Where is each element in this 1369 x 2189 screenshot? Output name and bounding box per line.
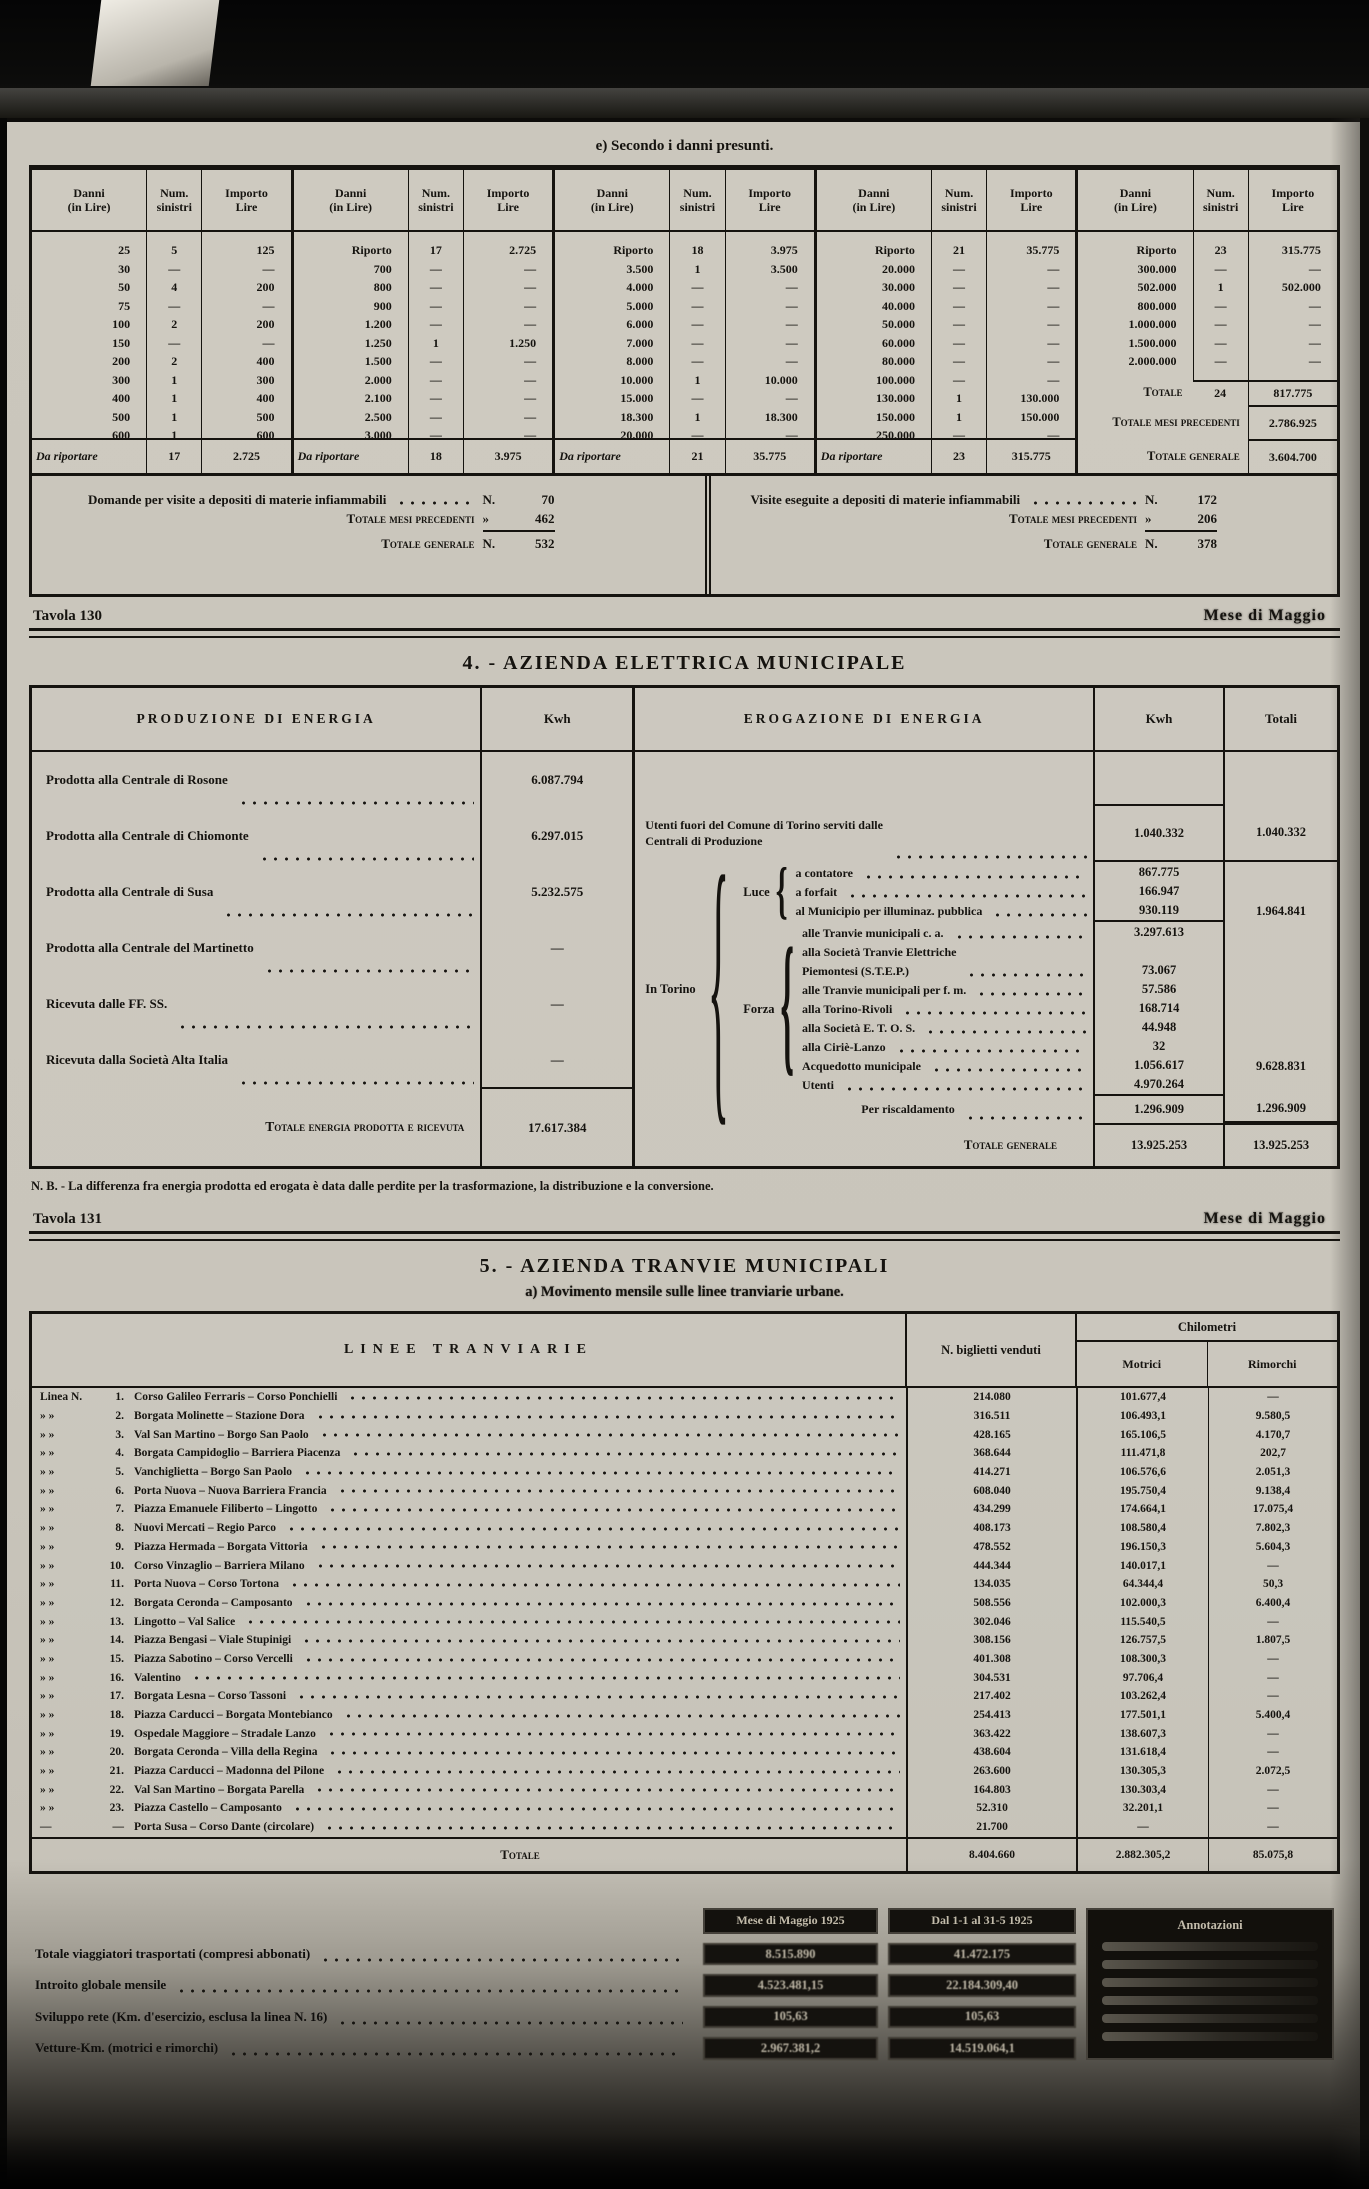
forza-items: alle Tranvie municipali c. a.alla Societ… (802, 924, 1093, 1095)
bottom-fade (0, 2133, 1369, 2189)
cell: — (726, 389, 798, 408)
tavola-number: Tavola 131 (33, 1211, 102, 1228)
dotted-leader (300, 1468, 900, 1477)
col-header-importo: Importo Lire (1248, 170, 1337, 232)
line-prefix: » » (32, 1597, 98, 1609)
cell: 1 (670, 260, 724, 279)
km-rimorchi-value: 2.051,3 (1208, 1463, 1337, 1482)
dotted-leader (257, 854, 475, 863)
sum-rule (1145, 530, 1217, 532)
scanned-document-page: e) Secondo i danni presunti. Danni (in L… (0, 0, 1369, 2189)
unit: N. (483, 492, 509, 508)
cell: — (726, 352, 798, 371)
line-name: Piazza Sabotino – Corso Vercelli (134, 1653, 293, 1665)
in-torino-group: In Torino { Luce { a contatorea forfaita… (635, 862, 1337, 1123)
km-rimorchi-value: — (1208, 1799, 1337, 1818)
cell: 300 (32, 371, 130, 390)
line-prefix: » » (32, 1616, 98, 1628)
cell: — (932, 352, 986, 371)
cell: — (1194, 352, 1248, 371)
cell: — (932, 315, 986, 334)
importo-values: 125—200—200—400300400500600 (201, 232, 290, 438)
biglietti-value: 368.644 (906, 1444, 1076, 1463)
dotted-leader (963, 1113, 1087, 1122)
tram-line-row: » » 20. Borgata Ceronda – Villa della Re… (32, 1743, 1337, 1762)
cell: 168.714 (1139, 999, 1180, 1018)
cell: 8.000 (555, 352, 653, 371)
cell: 1.500.000 (1078, 334, 1176, 353)
line-name: Porta Susa – Corso Dante (circolare) (134, 1821, 314, 1833)
cell: 1 (932, 408, 986, 427)
line-name: Corso Vinzaglio – Barriera Milano (134, 1560, 305, 1572)
cell: 4.970.264 (1134, 1075, 1184, 1094)
cell: — (409, 426, 463, 438)
tram-line-row: » » 10. Corso Vinzaglio – Barriera Milan… (32, 1556, 1337, 1575)
linee-header: LINEE TRANVIARIE (32, 1314, 905, 1386)
col-header-num: Num. sinistri (931, 170, 986, 232)
footer-label: Da riportare (32, 438, 146, 473)
cell: 800 (294, 278, 392, 297)
cell: — (1194, 334, 1248, 353)
line-item: alla Torino-Rivoli (802, 1000, 1093, 1019)
cell: 3.000 (294, 426, 392, 438)
row-label: Ricevuta dalla Società Alta Italia (32, 1052, 228, 1068)
cell: — (409, 297, 463, 316)
summary-row-label: Vetture-Km. (motrici e rimorchi) (35, 2037, 693, 2059)
row-value: 6.087.794 (480, 752, 632, 808)
line-item: alla Ciriè-Lanzo (802, 1038, 1093, 1057)
totale-value: 17.617.384 (480, 1087, 632, 1167)
paper: e) Secondo i danni presunti. Danni (in L… (7, 118, 1360, 2189)
footer-label: Da riportare (555, 438, 669, 473)
row-label: Per riscaldamento (861, 1102, 954, 1117)
km-motrici-value: 97.706,4 (1076, 1668, 1208, 1687)
tram-rows: Linea N. 1. Corso Galileo Ferraris – Cor… (32, 1388, 1337, 1837)
cell: — (1249, 352, 1321, 371)
tram-line-row: » » 14. Piazza Bengasi – Viale Stupinigi… (32, 1631, 1337, 1650)
right-edge-shadow (1360, 118, 1369, 2189)
erogazione-body: Utenti fuori del Comune di Torino servit… (635, 752, 1337, 1166)
line-name: Piazza Bengasi – Viale Stupinigi (134, 1634, 291, 1646)
cell: — (464, 426, 536, 438)
dotted-leader (324, 1730, 900, 1739)
cell: 50.000 (817, 315, 915, 334)
summary-row-label: Sviluppo rete (Km. d'esercizio, esclusa … (35, 2006, 693, 2028)
biglietti-value: 363.422 (906, 1724, 1076, 1743)
biglietti-value: 304.531 (906, 1668, 1076, 1687)
cell: — (1249, 297, 1321, 316)
km-rimorchi-value: 9.580,5 (1208, 1407, 1337, 1426)
km-motrici-value: 138.607,3 (1076, 1724, 1208, 1743)
cell: 21 (932, 241, 986, 260)
dotted-leader (842, 1085, 1087, 1094)
cell: 4 (147, 278, 201, 297)
line-number: 23. (98, 1802, 128, 1814)
cell: 4.000 (555, 278, 653, 297)
biglietti-value: 444.344 (906, 1556, 1076, 1575)
dotted-leader (284, 1524, 900, 1533)
dotted-leader (394, 498, 476, 507)
illegible-line (1102, 1978, 1318, 1987)
cell: 1.200 (294, 315, 392, 334)
cell: 166.947 (1139, 882, 1180, 901)
km-motrici-value: 111.471,8 (1076, 1444, 1208, 1463)
tavola-number: Tavola 130 (33, 608, 102, 625)
tram-line-row: » » 21. Piazza Carducci – Madonna del Pi… (32, 1762, 1337, 1781)
col-header-num: Num. sinistri (1193, 170, 1248, 232)
line-item: alle Tranvie municipali per f. m. (802, 981, 1093, 1000)
cell: 1 (932, 389, 986, 408)
brace: { (781, 922, 794, 1097)
note-label: Totale generale (1044, 536, 1137, 552)
fire-notes: Domande per visite a depositi di materie… (29, 476, 1340, 597)
cell: — (932, 278, 986, 297)
biglietti-value: 263.600 (906, 1762, 1076, 1781)
tram-subtitle: a) Movimento mensile sulle linee tranvia… (29, 1284, 1340, 1301)
tram-line-row: » » 17. Borgata Lesna – Corso Tassoni 21… (32, 1687, 1337, 1706)
cell: — (670, 426, 724, 438)
line-name: Lingotto – Val Salice (134, 1616, 235, 1628)
line-number: — (98, 1821, 128, 1833)
footer-importo: 35.775 (725, 438, 814, 473)
km-rimorchi-value: 9.138,4 (1208, 1481, 1337, 1500)
footer-num: 21 (669, 438, 724, 473)
summary-value: 41.472.175 (888, 1943, 1076, 1965)
km-motrici-value: 130.303,4 (1076, 1780, 1208, 1799)
km-motrici-value: 196.150,3 (1076, 1538, 1208, 1557)
dotted-leader (262, 966, 475, 975)
cell: 400 (32, 389, 130, 408)
fire-group-4: Danni (in Lire) Num. sinistri Importo Li… (814, 170, 1076, 473)
line-prefix: » » (32, 1746, 98, 1758)
km-motrici-value: 174.664,1 (1076, 1500, 1208, 1519)
dotted-leader (974, 990, 1087, 999)
dotted-leader (174, 1987, 683, 1996)
cell: 3.975 (726, 241, 798, 260)
dotted-leader (332, 1767, 900, 1776)
biglietti-value: 254.413 (906, 1706, 1076, 1725)
cell: — (670, 389, 724, 408)
cell: — (1194, 260, 1248, 279)
monthly-summary-table: Mese di Maggio 1925 Dal 1-1 al 31-5 1925… (35, 1908, 1334, 2060)
line-number: 15. (98, 1653, 128, 1665)
fire-group-3: Danni (in Lire) Num. sinistri Importo Li… (552, 170, 814, 473)
cell: 10.000 (726, 371, 798, 390)
cell: — (726, 315, 798, 334)
value: 378 (1171, 536, 1217, 552)
km-rimorchi-value: — (1208, 1818, 1337, 1837)
dotted-leader (952, 933, 1088, 942)
num-values: 5—4—2—21111 (146, 232, 201, 438)
line-item: alla Società Tranvie Elettriche Piemonte… (802, 943, 1093, 981)
cell: 60.000 (817, 334, 915, 353)
cell: 73.067 (1142, 961, 1176, 980)
footer-importo: 315.775 (986, 438, 1075, 473)
prod-row: Ricevuta dalla Società Alta Italia— (32, 1032, 632, 1088)
col-header-danni: Danni (in Lire) (817, 170, 931, 232)
left-black-edge (0, 118, 7, 2189)
line-prefix: » » (32, 1578, 98, 1590)
cell: 100 (32, 315, 130, 334)
cell: — (932, 297, 986, 316)
luce-totale: 1.964.841 (1223, 862, 1337, 922)
km-motrici-value: 103.262,4 (1076, 1687, 1208, 1706)
motrici-header: Motrici (1077, 1342, 1207, 1386)
cell: 1 (147, 389, 201, 408)
summary-value: 8.515.890 (703, 1943, 878, 1965)
cell: 2.500 (294, 408, 392, 427)
cell: 400 (202, 352, 274, 371)
rimorchi-header: Rimorchi (1207, 1342, 1338, 1386)
cell: 1.056.617 (1134, 1056, 1184, 1075)
row-value: — (480, 976, 632, 1032)
cell: 15.000 (555, 389, 653, 408)
km-rimorchi-value: 7.802,3 (1208, 1519, 1337, 1538)
dotted-leader (929, 1066, 1087, 1075)
line-number: 7. (98, 1503, 128, 1515)
cell: 130.000 (987, 389, 1059, 408)
dotted-leader (301, 1655, 900, 1664)
line-name: Borgata Ceronda – Villa della Regina (134, 1746, 317, 1758)
dotted-leader (891, 852, 1087, 861)
line-number: 4. (98, 1447, 128, 1459)
fire-damages-table: Danni (in Lire) Num. sinistri Importo Li… (29, 165, 1340, 476)
dotted-leader (290, 1804, 900, 1813)
line-prefix: » » (32, 1466, 98, 1478)
biglietti-value: 308.156 (906, 1631, 1076, 1650)
cell: 3.500 (726, 260, 798, 279)
cell: — (932, 371, 986, 390)
note-label: Totale mesi precedenti (1009, 511, 1137, 527)
km-rimorchi-value: — (1208, 1687, 1337, 1706)
cell: 2 (147, 352, 201, 371)
cell: — (464, 260, 536, 279)
forza-group-row: Forza { alle Tranvie municipali c. a.all… (743, 922, 1337, 1096)
illegible-line (1102, 1960, 1318, 1969)
dotted-leader (175, 1022, 474, 1031)
tram-line-row: » » 7. Piazza Emanuele Filiberto – Lingo… (32, 1500, 1337, 1519)
cell: 18 (670, 241, 724, 260)
col-header-num: Num. sinistri (146, 170, 201, 232)
cell: 10.000 (555, 371, 653, 390)
value: 206 (1171, 511, 1217, 527)
cell: 30.000 (817, 278, 915, 297)
cell: 867.775 (1139, 863, 1180, 882)
aem-table: PRODUZIONE DI ENERGIA Kwh Prodotta alla … (29, 685, 1340, 1169)
importo-values: 2.725————1.250————— (463, 232, 552, 438)
totale-generale-importo: 3.604.700 (1248, 439, 1337, 473)
cell: — (987, 352, 1059, 371)
line-name: Porta Nuova – Nuova Barriera Francia (134, 1485, 327, 1497)
dotted-leader (345, 1393, 900, 1402)
biglietti-value: 21.700 (906, 1818, 1076, 1837)
double-rule (29, 1231, 1340, 1241)
chilometri-header: Chilometri (1077, 1314, 1337, 1342)
totale-value: 1.296.909 (1223, 1096, 1337, 1123)
col-header-danni: Danni (in Lire) (555, 170, 669, 232)
cell: 20.000 (555, 426, 653, 438)
dotted-leader (299, 1636, 900, 1645)
line-number: 1. (98, 1391, 128, 1403)
illegible-line (1102, 2014, 1318, 2023)
row-value: — (480, 1032, 632, 1088)
dotted-leader (294, 1692, 900, 1701)
fire-group-1: Danni (in Lire) Num. sinistri Importo Li… (32, 170, 291, 473)
line-name: Nuovi Mercati – Regio Parco (134, 1522, 276, 1534)
line-name: Borgata Molinette – Stazione Dora (134, 1410, 305, 1422)
km-motrici-value: 130.305,3 (1076, 1762, 1208, 1781)
line-number: 21. (98, 1765, 128, 1777)
line-prefix: » » (32, 1653, 98, 1665)
totale-biglietti: 8.404.660 (906, 1839, 1076, 1871)
cell: — (464, 352, 536, 371)
cell: 1 (147, 426, 201, 438)
km-rimorchi-value: — (1208, 1556, 1337, 1575)
forza-totale: 9.628.831 (1223, 922, 1337, 1096)
cell: 75 (32, 297, 130, 316)
line-name: Vanchiglietta – Borgo San Paolo (134, 1466, 292, 1478)
summary-value: 2.967.381,2 (703, 2037, 878, 2059)
line-number: 12. (98, 1597, 128, 1609)
footer-importo: 3.975 (463, 438, 552, 473)
tram-line-row: » » 19. Ospedale Maggiore – Stradale Lan… (32, 1724, 1337, 1743)
cell: 400 (202, 389, 274, 408)
cell: 50 (32, 278, 130, 297)
tram-totale-row: Totale 8.404.660 2.882.305,2 85.075,8 (32, 1837, 1337, 1871)
line-item: Utenti (802, 1076, 1093, 1095)
dotted-leader (964, 971, 1087, 980)
km-motrici-value: 177.501,1 (1076, 1706, 1208, 1725)
km-rimorchi-value: 5.604,3 (1208, 1538, 1337, 1557)
cell: 1.000.000 (1078, 315, 1176, 334)
cell: 2.100 (294, 389, 392, 408)
tram-line-row: » » 13. Lingotto – Val Salice 302.046 11… (32, 1612, 1337, 1631)
km-rimorchi-value: — (1208, 1388, 1337, 1407)
note-label: Domande per visite a depositi di materie… (88, 492, 386, 508)
luce-group-row: Luce { a contatorea forfaital Municipio … (743, 862, 1337, 922)
biglietti-value: 478.552 (906, 1538, 1076, 1557)
unit: N. (483, 536, 509, 552)
km-rimorchi-value: — (1208, 1612, 1337, 1631)
cell: — (202, 297, 274, 316)
tram-table: LINEE TRANVIARIE N. biglietti venduti Ch… (29, 1311, 1340, 1874)
tram-line-row: » » 5. Vanchiglietta – Borgo San Paolo 4… (32, 1463, 1337, 1482)
importo-values: 3.9753.500—————10.000—18.300— (725, 232, 814, 438)
tram-line-row: » » 2. Borgata Molinette – Stazione Dora… (32, 1407, 1337, 1426)
totale-generale-row: Totale generale 13.925.253 13.925.253 (635, 1123, 1337, 1166)
scan-torn-patch (91, 0, 220, 86)
line-item: a forfait (796, 883, 1093, 902)
cell: 1 (670, 408, 724, 427)
cell: — (932, 334, 986, 353)
cell: 5.000 (555, 297, 653, 316)
tram-line-row: — — Porta Susa – Corso Dante (circolare)… (32, 1818, 1337, 1837)
cell: 150.000 (817, 408, 915, 427)
big-brace: { (708, 814, 730, 1160)
totale-generale-totali: 13.925.253 (1223, 1123, 1337, 1166)
totale-km-rimorchi: 85.075,8 (1208, 1839, 1337, 1871)
cell: — (726, 334, 798, 353)
unit: N. (1145, 536, 1171, 552)
cell: — (987, 371, 1059, 390)
line-item: a contatore (796, 864, 1093, 883)
line-prefix: » » (32, 1410, 98, 1422)
cell: — (1249, 260, 1321, 279)
line-name: Valentino (134, 1672, 181, 1684)
cell: 200 (202, 315, 274, 334)
produzione-header-label: PRODUZIONE DI ENERGIA (32, 688, 480, 750)
km-motrici-value: 106.576,6 (1076, 1463, 1208, 1482)
cell: 23 (1194, 241, 1248, 260)
line-name: Val San Martino – Borgo San Paolo (134, 1429, 309, 1441)
line-number: 2. (98, 1410, 128, 1422)
totale-label: Totale energia prodotta e ricevuta (32, 1119, 480, 1135)
km-rimorchi-value: — (1208, 1650, 1337, 1669)
prod-row: Prodotta alla Centrale del Martinetto— (32, 920, 632, 976)
line-prefix: » » (32, 1447, 98, 1459)
cell: 57.586 (1142, 980, 1176, 999)
cell: — (932, 260, 986, 279)
km-motrici-value: 64.344,4 (1076, 1575, 1208, 1594)
biglietti-value: 508.556 (906, 1594, 1076, 1613)
cell: 18.300 (555, 408, 653, 427)
fire-group-2: Danni (in Lire) Num. sinistri Importo Li… (291, 170, 553, 473)
cell: — (726, 278, 798, 297)
cell: Riporto (1078, 241, 1176, 260)
line-item: alla Società E. T. O. S. (802, 1019, 1093, 1038)
note-label: Totale generale (381, 536, 474, 552)
dotted-leader (861, 873, 1087, 882)
dotted-leader (243, 1618, 900, 1627)
cell: — (147, 260, 201, 279)
line-name: Borgata Ceronda – Camposanto (134, 1597, 293, 1609)
utenti-fuori-row: Utenti fuori del Comune di Torino servit… (635, 804, 1337, 862)
line-name: Piazza Emanuele Filiberto – Lingotto (134, 1503, 317, 1515)
cell: — (932, 426, 986, 438)
km-motrici-value: 165.106,5 (1076, 1425, 1208, 1444)
biglietti-value: 414.271 (906, 1463, 1076, 1482)
cell: Riporto (817, 241, 915, 260)
line-prefix: — (32, 1821, 98, 1833)
tram-line-row: Linea N. 1. Corso Galileo Ferraris – Cor… (32, 1388, 1337, 1407)
dotted-leader (348, 1449, 900, 1458)
danni-values: Riporto7008009001.2001.2501.5002.0002.10… (294, 232, 408, 438)
right-vignette (1330, 118, 1360, 2189)
unit: N. (1145, 492, 1171, 508)
cell: 130.000 (817, 389, 915, 408)
value: 462 (509, 511, 555, 527)
km-motrici-value: 32.201,1 (1076, 1799, 1208, 1818)
cell: — (409, 260, 463, 279)
value: 172 (1171, 492, 1217, 508)
tram-line-row: » » 11. Porta Nuova – Corso Tortona 134.… (32, 1575, 1337, 1594)
cell: — (726, 426, 798, 438)
luce-label: Luce (743, 885, 769, 900)
danni-values: Riporto300.000502.000800.0001.000.0001.5… (1078, 232, 1192, 380)
dotted-leader (313, 1412, 900, 1421)
biglietti-value: 408.173 (906, 1519, 1076, 1538)
importo-values: 35.775———————130.000150.000— (986, 232, 1075, 438)
produzione-header: PRODUZIONE DI ENERGIA Kwh (32, 688, 632, 752)
line-name: Borgata Lesna – Corso Tassoni (134, 1690, 286, 1702)
cell: 6.000 (555, 315, 653, 334)
cell: — (464, 371, 536, 390)
cell: 315.775 (1249, 241, 1321, 260)
dotted-leader (341, 1711, 900, 1720)
km-rimorchi-value: 5.400,4 (1208, 1706, 1337, 1725)
cell: — (202, 260, 274, 279)
biglietti-value: 302.046 (906, 1612, 1076, 1631)
